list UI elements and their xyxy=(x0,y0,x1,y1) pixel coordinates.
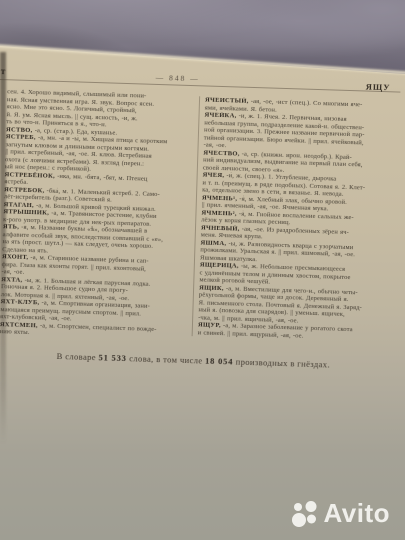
headword: ЯТЬ, xyxy=(3,223,19,231)
page-content: т — 848 — ЯЩУ сен. 4. Хорошо видимый, сл… xyxy=(0,66,405,371)
right-column: ЯЧЕИСТЫЙ, -ая, -ое, -ист (спец.). Со мно… xyxy=(197,96,404,348)
total-words-count: 51 533 xyxy=(98,352,126,363)
headword: ЯХТА, xyxy=(1,276,22,284)
derived-words-count: 18 054 xyxy=(205,355,233,366)
headword: ЯЧЕЯ, xyxy=(203,171,225,179)
entry-text: нию яхты. xyxy=(0,328,30,336)
page-number: — 848 — xyxy=(156,73,200,83)
watermark-label: Avito xyxy=(323,498,390,529)
running-head: ЯЩУ xyxy=(366,82,391,93)
avito-logo-icon xyxy=(290,499,320,529)
entry-text: -ая, -ое. xyxy=(204,141,227,149)
footer-text: В словаре xyxy=(57,350,99,361)
left-column: сен. 4. Хорошо видимый, слышимый или пон… xyxy=(0,88,195,342)
text-columns: сен. 4. Хорошо видимый, слышимый или пон… xyxy=(0,88,404,348)
entry-text: -ая, -ое. xyxy=(1,268,24,276)
photo-of-dictionary-page: т — 848 — ЯЩУ сен. 4. Хорошо видимый, сл… xyxy=(0,0,405,540)
entry-text: ястреба. xyxy=(4,178,28,186)
headword: ЯЩИК, xyxy=(199,284,224,292)
avito-watermark: Avito xyxy=(290,498,390,529)
headword: ЯЩУР, xyxy=(198,321,221,329)
